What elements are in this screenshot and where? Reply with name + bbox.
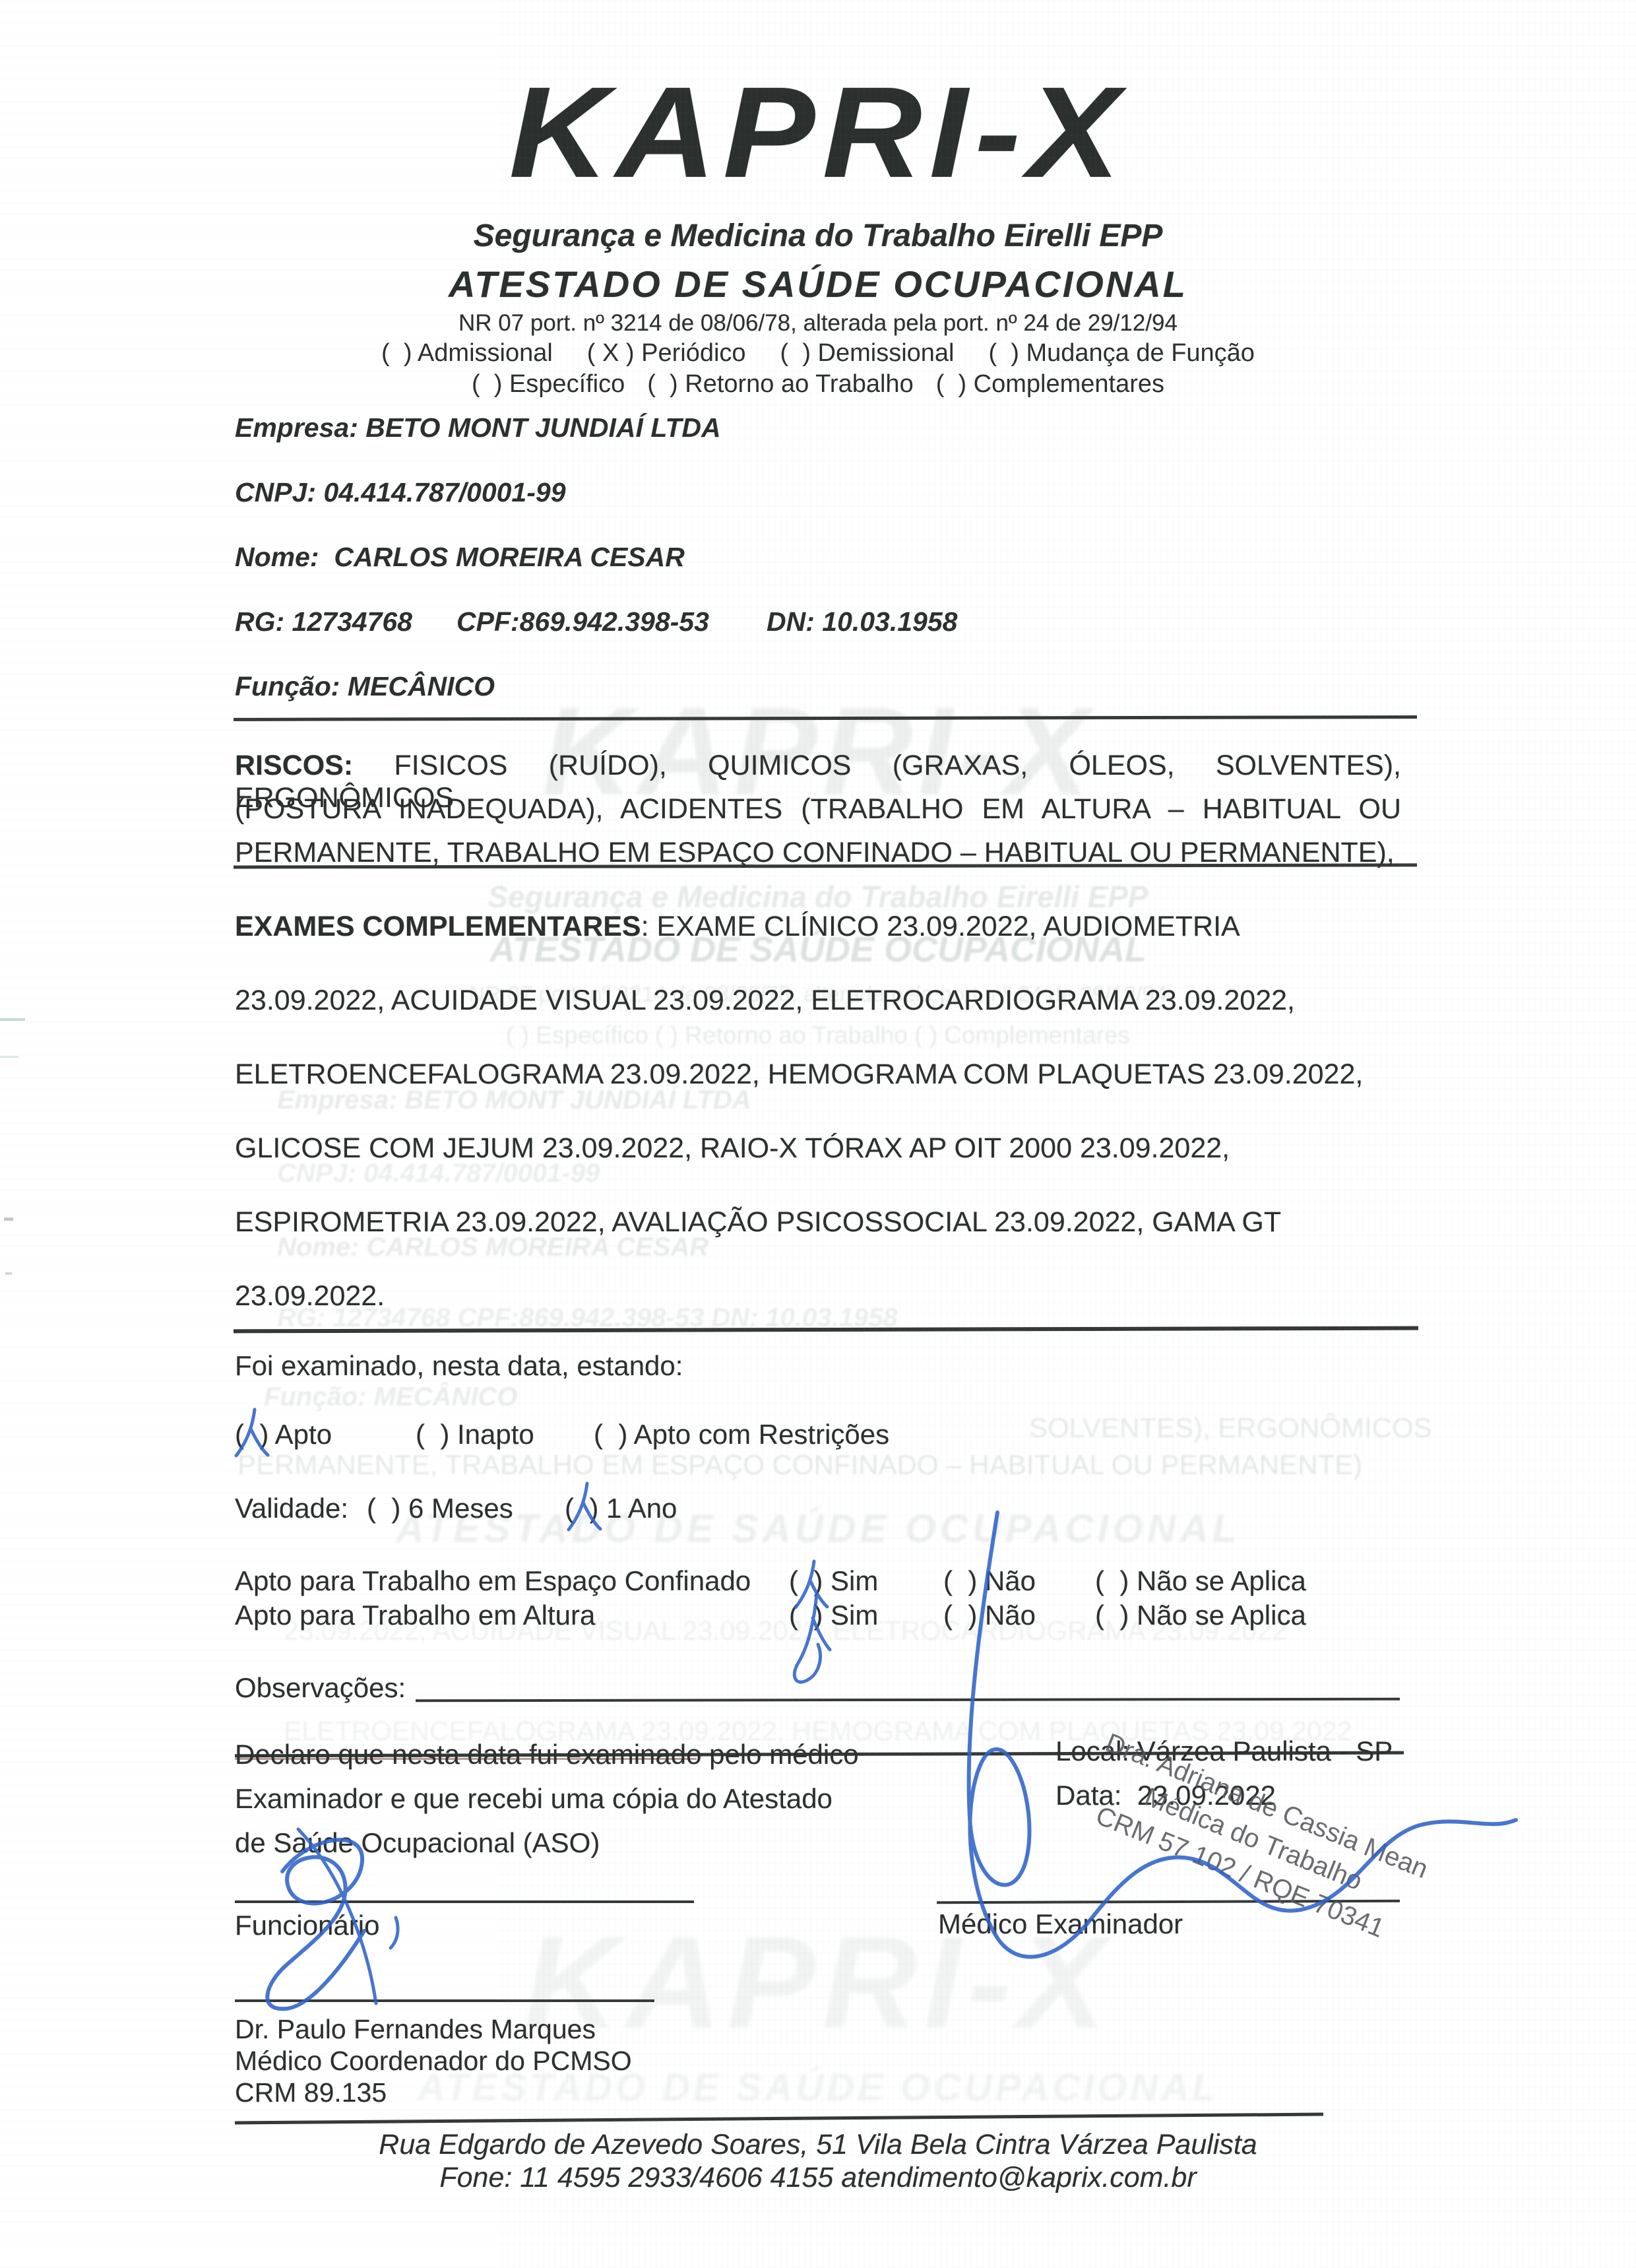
aso-scanned-document: KAPRI-X Segurança e Medicina do Trabalho…: [0, 0, 1636, 2268]
exames-line-5: ESPIROMETRIA 23.09.2022, AVALIAÇÃO PSICO…: [235, 1206, 1416, 1239]
ghost-riscos-line: PERMANENTE, TRABALHO EM ESPAÇO CONFINADO…: [237, 1449, 1362, 1481]
medico-examinador-label: Médico Examinador: [938, 1908, 1183, 1940]
exam-type-row-1: ( ) Admissional ( X ) Periódico ( ) Demi…: [0, 339, 1636, 368]
checkbox-especifico: ( ) Específico: [472, 370, 625, 399]
exames-label: EXAMES COMPLEMENTARES: [235, 911, 641, 942]
company-subtitle: Segurança e Medicina do Trabalho Eirelli…: [0, 218, 1636, 254]
field-cnpj-value: 04.414.787/0001-99: [323, 477, 565, 507]
checkbox-apto: ( ) Apto: [235, 1419, 332, 1450]
scan-edge-artifact: [5, 1272, 12, 1275]
declaracao-line-1: Declaro que nesta data fui examinado pel…: [235, 1739, 859, 1770]
scan-edge-artifact: [0, 1056, 18, 1058]
field-funcao-value: MECÂNICO: [348, 671, 495, 701]
field-cnpj-label: CNPJ:: [235, 477, 316, 507]
checkbox-confinado-sim: ( ) Sim: [789, 1565, 878, 1597]
regulation-line: NR 07 port. nº 3214 de 08/06/78, alterad…: [0, 310, 1636, 337]
exames-line-1: EXAMES COMPLEMENTARES: EXAME CLÍNICO 23.…: [235, 911, 1416, 943]
checkbox-confinado-nao-se-aplica: ( ) Não se Aplica: [1095, 1565, 1306, 1597]
declaracao-line-2: Examinador e que recebi uma cópia do Ate…: [235, 1783, 833, 1815]
checkbox-periodico-checked: ( X ) Periódico: [587, 339, 746, 368]
ghost-riscos-fragment: SOLVENTES), ERGONÔMICOS: [1029, 1412, 1432, 1444]
scan-edge-artifact: [0, 1018, 25, 1021]
exames-line-2: 23.09.2022, ACUIDADE VISUAL 23.09.2022, …: [235, 985, 1416, 1017]
checkbox-mudanca-funcao: ( ) Mudança de Função: [989, 339, 1255, 368]
field-dn: DN: 10.03.1958: [767, 606, 957, 637]
checkbox-altura-nao-se-aplica: ( ) Não se Aplica: [1095, 1600, 1306, 1631]
field-nome-label: Nome:: [235, 542, 319, 572]
observacoes-label: Observações:: [235, 1672, 406, 1704]
altura-label: Apto para Trabalho em Altura: [235, 1600, 595, 1631]
checkbox-inapto: ( ) Inapto: [416, 1419, 534, 1450]
checkbox-6-meses: ( ) 6 Meses: [367, 1493, 513, 1524]
exames-line-6: 23.09.2022.: [235, 1280, 1416, 1312]
field-empresa: Empresa: BETO MONT JUNDIAÍ LTDA: [235, 412, 721, 443]
field-cpf: CPF:869.942.398-53: [456, 606, 709, 637]
footer-divider: [235, 2113, 1323, 2125]
field-cnpj: CNPJ: 04.414.787/0001-99: [235, 477, 566, 508]
checkbox-apto-com-restricoes: ( ) Apto com Restrições: [594, 1419, 889, 1450]
coordenador-crm: CRM 89.135: [235, 2077, 387, 2108]
exames-line-3: ELETROENCEFALOGRAMA 23.09.2022, HEMOGRAM…: [235, 1058, 1416, 1091]
observacoes-blank-line-1: [416, 1698, 1400, 1702]
riscos-label: RISCOS:: [235, 750, 353, 781]
field-empresa-label: Empresa:: [235, 412, 358, 443]
footer-address: Rua Edgardo de Azevedo Soares, 51 Vila B…: [0, 2129, 1636, 2161]
checkbox-altura-sim: ( ) Sim: [789, 1600, 878, 1631]
field-nome: Nome: CARLOS MOREIRA CESAR: [235, 542, 685, 573]
checkbox-confinado-nao: ( ) Não: [943, 1565, 1036, 1597]
scan-edge-artifact: [4, 1217, 13, 1221]
exam-type-row-2: ( ) Específico ( ) Retorno ao Trabalho (…: [0, 370, 1636, 399]
field-nome-value: CARLOS MOREIRA CESAR: [334, 542, 685, 572]
exames-line-4: GLICOSE COM JEJUM 23.09.2022, RAIO-X TÓR…: [235, 1132, 1416, 1165]
declaracao-line-3: de Saúde Ocupacional (ASO): [235, 1827, 600, 1859]
ghost-exam-types: ( ) Específico ( ) Retorno ao Trabalho (…: [0, 1021, 1636, 1049]
checkbox-retorno-trabalho: ( ) Retorno ao Trabalho: [647, 370, 913, 399]
coordenador-name: Dr. Paulo Fernandes Marques: [235, 2014, 596, 2045]
checkbox-demissional: ( ) Demissional: [780, 339, 955, 368]
field-funcao: Função: MECÂNICO: [235, 671, 495, 702]
ghost-funcao: Função: MECÂNICO: [264, 1382, 517, 1412]
coordenador-signature-line: [235, 1999, 654, 2002]
foi-examinado-line: Foi examinado, nesta data, estando:: [235, 1350, 683, 1382]
company-logo-text: KAPRI-X: [0, 58, 1636, 207]
ghost-subtitle: Segurança e Medicina do Trabalho Eirelli…: [0, 879, 1636, 915]
riscos-line-2: (POSTURA INADEQUADA), ACIDENTES (TRABALH…: [235, 793, 1401, 826]
riscos-line-3: PERMANENTE, TRABALHO EM ESPAÇO CONFINADO…: [235, 837, 1401, 869]
validade-label: Validade:: [235, 1493, 348, 1524]
field-funcao-label: Função:: [235, 671, 340, 701]
field-empresa-value: BETO MONT JUNDIAÍ LTDA: [365, 412, 720, 443]
field-rg: RG: 12734768: [235, 606, 412, 637]
funcionario-label: Funcionário: [235, 1910, 379, 1941]
footer-phone: Fone: 11 4595 2933/4606 4155 atendimento…: [0, 2162, 1636, 2194]
funcionario-signature-line: [235, 1900, 694, 1903]
checkbox-admissional: ( ) Admissional: [381, 339, 553, 368]
checkbox-1-ano: ( ) 1 Ano: [565, 1493, 677, 1524]
document-title: ATESTADO DE SAÚDE OCUPACIONAL: [0, 263, 1636, 306]
checkbox-altura-nao: ( ) Não: [943, 1600, 1036, 1631]
checkbox-complementares: ( ) Complementares: [936, 370, 1164, 399]
confinado-label: Apto para Trabalho em Espaço Confinado: [235, 1565, 751, 1597]
coordenador-role: Médico Coordenador do PCMSO: [235, 2046, 632, 2077]
